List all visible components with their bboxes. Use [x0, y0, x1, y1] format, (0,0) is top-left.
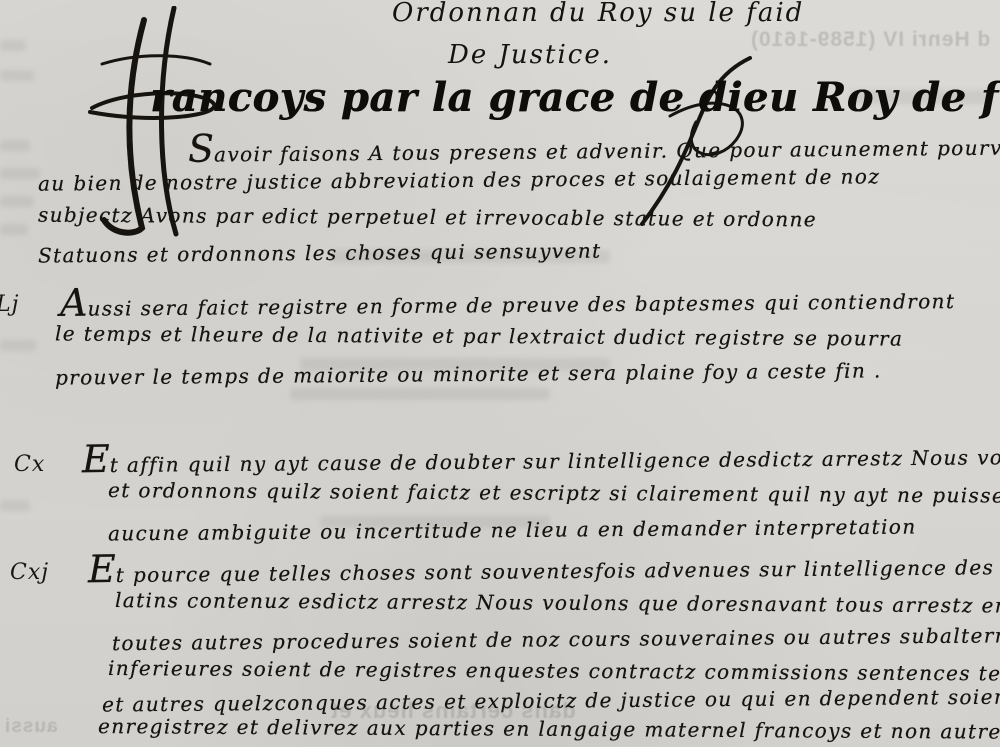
- bleedthrough-smudge: [0, 500, 30, 511]
- paragraph-1-line: Statuons et ordonnons les choses qui sen…: [38, 239, 602, 268]
- bleedthrough-smudge: [0, 196, 34, 207]
- bleedthrough-smudge: [0, 140, 30, 151]
- paragraph-2-line: prouver le temps de maiorite ou minorite…: [55, 358, 882, 389]
- paragraph-4-line: Et pource que telles choses sont souvent…: [88, 546, 1000, 587]
- margin-article-number-lj: Lj: [0, 292, 19, 317]
- paragraph-3-line: Et affin quil ny ayt cause de doubter su…: [82, 436, 1000, 478]
- paragraph-1-line: Savoir faisons A tous presens et advenir…: [188, 126, 1000, 167]
- bleedthrough-smudge: [0, 340, 36, 351]
- paragraph-4-line: enregistrez et delivrez aux parties en l…: [98, 714, 1000, 744]
- paragraph-3-line: et ordonnons quilz soient faictz et escr…: [108, 478, 1000, 508]
- bleedthrough-smudge: [0, 40, 26, 51]
- paragraph-4-line: et autres quelzconques actes et exploict…: [102, 683, 1000, 716]
- heading-line-1: Ordonnan du Roy su le faid: [392, 0, 804, 28]
- bleedthrough-smudge: [290, 388, 550, 400]
- margin-article-number-cxj: Cxj: [10, 560, 49, 585]
- paragraph-4-line: toutes autres procedures soient de noz c…: [112, 623, 1000, 655]
- heading-line-2: De Justice.: [448, 40, 612, 70]
- bleedthrough-smudge: [0, 70, 34, 81]
- title-line: rancoys par la grace de dieu Roy de fran…: [150, 74, 1000, 121]
- paragraph-4-line: latins contenuz esdictz arrestz Nous vou…: [115, 588, 1000, 618]
- paragraph-2-line: Aussi sera faict registre en forme de pr…: [60, 280, 956, 321]
- bleedthrough-text-top-right: d Henri IV (1589-1610): [750, 28, 990, 52]
- title-text: rancoys par la grace de dieu Roy de fran…: [150, 74, 1000, 121]
- paragraph-3-line: aucune ambiguite ou incertitude ne lieu …: [108, 514, 917, 545]
- paragraph-4-line: inferieures soient de registres enqueste…: [108, 656, 1000, 686]
- bleedthrough-smudge: [0, 168, 40, 179]
- bleedthrough-smudge: [0, 224, 28, 235]
- margin-article-number-cx: Cx: [14, 452, 45, 477]
- manuscript-page: d Henri IV (1589-1610) dans certains lie…: [0, 0, 1000, 747]
- paragraph-2-line: le temps et lheure de la nativite et par…: [55, 321, 903, 350]
- paragraph-1-line: subjectz Avons par edict perpetuel et ir…: [38, 203, 817, 232]
- bleedthrough-text-bottom-left: aussi: [4, 716, 58, 738]
